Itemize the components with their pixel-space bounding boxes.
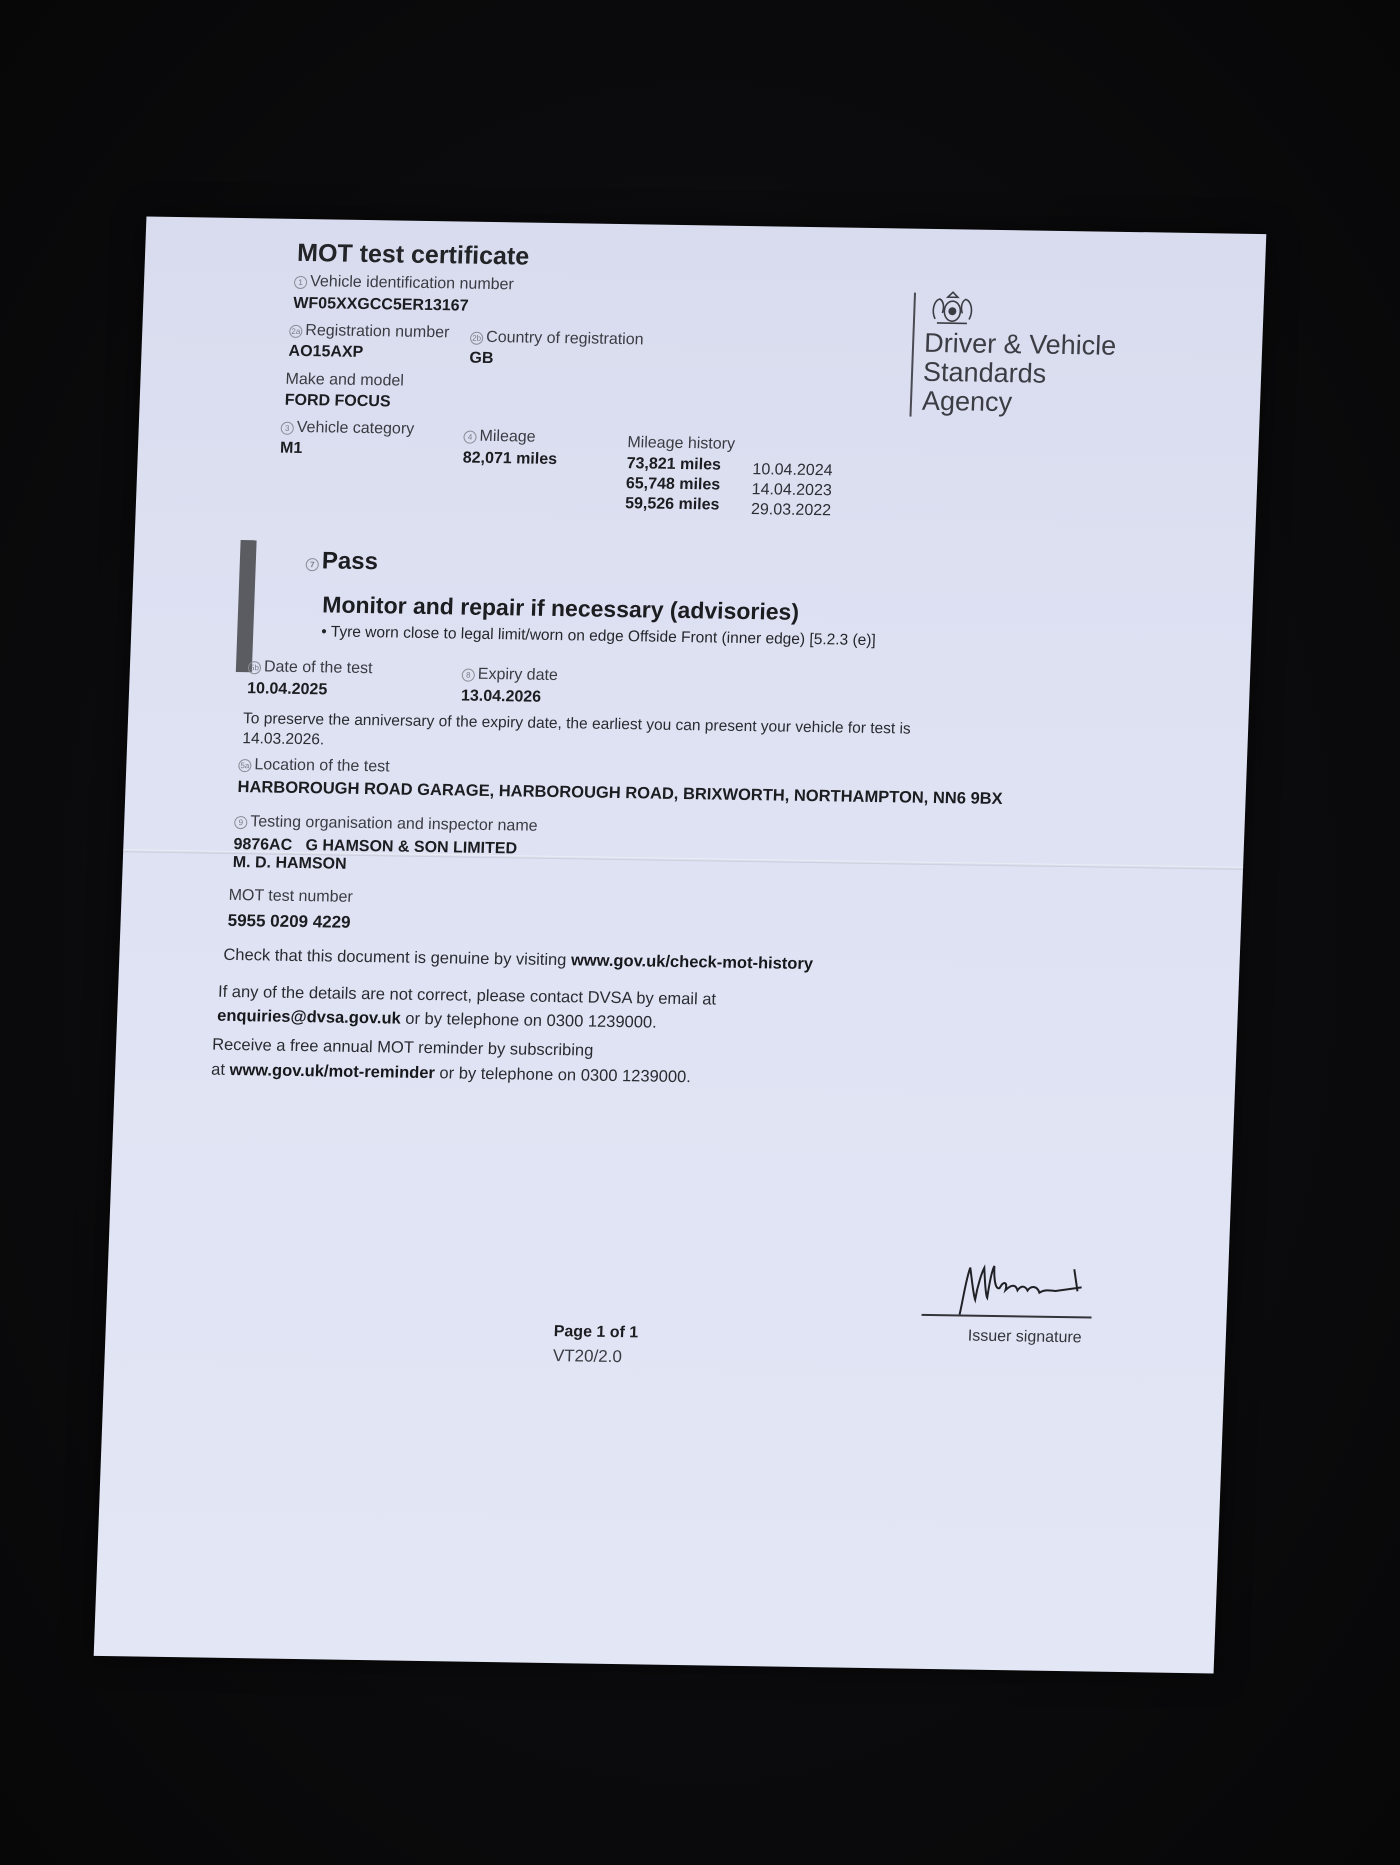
expiry-date-value: 13.04.2026 <box>461 688 542 707</box>
country-value: GB <box>469 350 494 368</box>
mileage-history-list: 73,821 miles 10.04.2024 65,748 miles 14.… <box>625 455 833 518</box>
advisories-heading: Monitor and repair if necessary (advisor… <box>322 591 800 625</box>
logo-divider <box>909 293 916 417</box>
field-marker-icon: 1 <box>294 276 307 289</box>
field-marker-icon: 9 <box>234 816 247 829</box>
certificate-title: MOT test certificate <box>297 239 530 272</box>
field-marker-icon: 2a <box>289 325 302 338</box>
mileage-history-label: Mileage history <box>627 434 735 454</box>
contact-note: If any of the details are not correct, p… <box>217 980 717 1036</box>
issuer-signature-label: Issuer signature <box>967 1328 1081 1348</box>
field-marker-icon: 7 <box>306 558 319 571</box>
mot-reminder-link[interactable]: www.gov.uk/mot-reminder <box>229 1061 435 1082</box>
royal-coat-of-arms-icon <box>927 289 978 330</box>
test-date-label: 5bDate of the test <box>248 658 373 678</box>
vin-value: WF05XXGCC5ER13167 <box>293 295 469 316</box>
field-marker-icon: 2b <box>470 332 483 345</box>
check-mot-history-link[interactable]: www.gov.uk/check-mot-history <box>571 951 814 973</box>
field-marker-icon: 8 <box>462 669 475 682</box>
dvsa-email-link[interactable]: enquiries@dvsa.gov.uk <box>217 1007 401 1028</box>
make-model-value: FORD FOCUS <box>284 392 390 412</box>
anniversary-note: To preserve the anniversary of the expir… <box>242 709 963 760</box>
issuer-signature-image <box>954 1259 1096 1321</box>
tester-label: 9Testing organisation and inspector name <box>234 813 538 836</box>
vehicle-category-label: 3Vehicle category <box>280 419 414 439</box>
page-number: Page 1 of 1 <box>553 1323 638 1342</box>
location-label: 5aLocation of the test <box>238 756 390 776</box>
make-model-label: Make and model <box>285 371 404 391</box>
field-marker-icon: 3 <box>281 422 294 435</box>
test-result: 7Pass <box>305 547 378 576</box>
vin-label: 1Vehicle identification number <box>294 273 514 294</box>
expiry-date-label: 8Expiry date <box>461 666 558 686</box>
check-genuine-note: Check that this document is genuine by v… <box>223 946 813 974</box>
form-code: VT20/2.0 <box>553 1346 623 1367</box>
field-marker-icon: 5b <box>248 661 261 674</box>
inspector-name: M. D. HAMSON <box>232 854 346 874</box>
country-label: 2bCountry of registration <box>470 329 644 350</box>
registration-label: 2aRegistration number <box>289 322 450 343</box>
reminder-note: Receive a free annual MOT reminder by su… <box>211 1033 692 1091</box>
location-value: HARBOROUGH ROAD GARAGE, HARBOROUGH ROAD,… <box>237 778 1003 809</box>
test-number-label: MOT test number <box>228 887 353 907</box>
result-indicator-bar <box>236 540 257 672</box>
vehicle-category-value: M1 <box>280 440 303 458</box>
test-number-value: 5955 0209 4229 <box>227 911 351 933</box>
result-status: Pass <box>321 547 378 575</box>
mileage-value: 82,071 miles <box>462 450 557 469</box>
agency-logo-text: Driver & Vehicle Standards Agency <box>922 329 1117 419</box>
advisory-item: • Tyre worn close to legal limit/worn on… <box>321 623 876 650</box>
test-date-value: 10.04.2025 <box>247 680 328 699</box>
mileage-label: 4Mileage <box>463 428 536 447</box>
field-marker-icon: 4 <box>463 431 476 444</box>
field-marker-icon: 5a <box>238 759 251 772</box>
registration-value: AO15AXP <box>288 343 363 362</box>
mot-certificate-paper: MOT test certificate 1Vehicle identifica… <box>94 217 1267 1674</box>
